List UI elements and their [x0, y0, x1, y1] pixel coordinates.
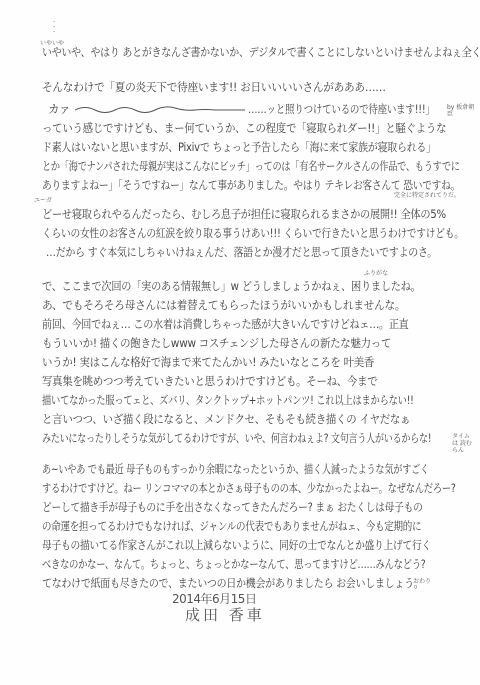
para4-line1: で、ここまで次回の「実のある情報無し」w どうしましょうかねぇ、困りましたね。 [42, 279, 421, 293]
para5-line2: するわけですけど。ねー リンコママの本とかさぁ母子ものの本、少なかったよねー。な… [42, 481, 456, 495]
para3-line2: くらいの女性のお客さんの紅涙を絞り取る事うけあい!!! くらいで行きたいと思うわ… [42, 226, 464, 240]
para2-line2: カァ [48, 102, 70, 116]
para5-line4: の命運を担ってるわけでもなければ、ジャンルの代表でもありませんがねェ、今も定期的… [42, 519, 421, 533]
note-by-author: by 板倉朝臣 [447, 104, 475, 118]
para4-line5: いうか! 実はこんな格好で海まで来てたんかい! みたいなところを 叶美香 [42, 355, 374, 369]
note-identified: 完全に特定されてりだ。 [394, 192, 460, 199]
para4-line8: と言いつつ、いざ描く段になると、メンドクセ、そもそも続き描くの イヤだなぁ [42, 412, 410, 426]
para4-line4: もういいか! 描くの飽きたしwww コスチェンジした母さんの新たな魅力って [42, 336, 391, 350]
note-timeout: タイムは 読むらん [452, 433, 474, 454]
para2-line1: そんなわけで「夏の炎天下で待座います!! お日いいいいさんがあああ…… [42, 80, 386, 94]
para4-line3: 前回、今回でねぇ… この水着は消費しちゃった感が大きいんですけどねェ…。正直 [42, 317, 409, 331]
para3-line1: どーせ寝取られやるんだったら、むしろ息子が担任に寝取られるまさかの展開!! 全体… [42, 207, 446, 221]
afterword-page: ··· いやいや いやいや、やはり あとがきなんざ書かないか、デジタルで書くこと… [0, 0, 480, 685]
para5-line5: 母子もの描いてる作家さんがこれ以上減らないように、同好の士でなんとか盛り上げて行… [42, 538, 431, 552]
para4-line6: 写真集を眺めつつ考えていきたいと思うわけですけども。そーね、今まで [42, 374, 377, 388]
para5-line1: あ~いやあ でも最近 母子ものもすっかり余暇になったというか、描く人減ったような… [42, 462, 429, 476]
para2-line4: ド素人はいないと思いますが、Pixivで ちょっと予告したら「海に来て家族が寝取… [42, 140, 436, 154]
para2-line5: とか「海でナンパされた母親が実はこんなにビッチ」ってのは「有名サークルさんの作品… [42, 159, 460, 173]
wavy-line [75, 103, 245, 115]
signature-author: 成田 香車 [185, 604, 265, 625]
para4-line2: あ、でもそろそろ母さんには着替えてもらったほうがいいかもしれませんな。 [42, 298, 405, 312]
para4-line9: みたいになったりしそうな気がしてるわけですが、いや、何言わねぇよ? 文句言う人が… [42, 431, 431, 445]
para2-line3: っていう感じですけども、まー何ていうか、この程度で「寝取られダー!!」と騒ぐよう… [42, 121, 446, 135]
closing-note: おわり [413, 578, 431, 585]
ellipsis-mark: ··· [53, 20, 55, 35]
ruby-note: ふりがな [364, 270, 388, 277]
para2-line2-end: ……ッと照りつけているので待座います!!!」 [248, 102, 435, 116]
para2-line6: ありますよねー」「そうですねー」なんて事がありました。やはり テキレお客さんて … [42, 178, 460, 192]
para1-line1: いやいや、やはり あとがきなんざ書かないか、デジタルで書くことにしないといけませ… [42, 45, 480, 59]
para4-line7: 描いてなかった服ってェと、ズバリ、タンクトップ+ホットパンツ! これ以上はまから… [42, 393, 414, 407]
para3-line3: …だから すぐ本気にしちゃいけねぇんだ、落語とか漫才だと思って頂きたいですよのさ… [46, 245, 437, 259]
para5-line7: てなわけで紙面も尽きたので、またいつの日か機会がありましたら お会いしましょう。 [42, 576, 424, 590]
para5-line6: べきなのかなー、なんて。ちょっと、ちょっとかなーなんて、思ってますけど……みんな… [42, 557, 425, 571]
aside-yuga: ユーガ [34, 197, 52, 204]
para5-line3: どーして描き手が母子ものに手を出さなくなってきたんだろー? まぁ おたくしは母子… [42, 500, 423, 514]
